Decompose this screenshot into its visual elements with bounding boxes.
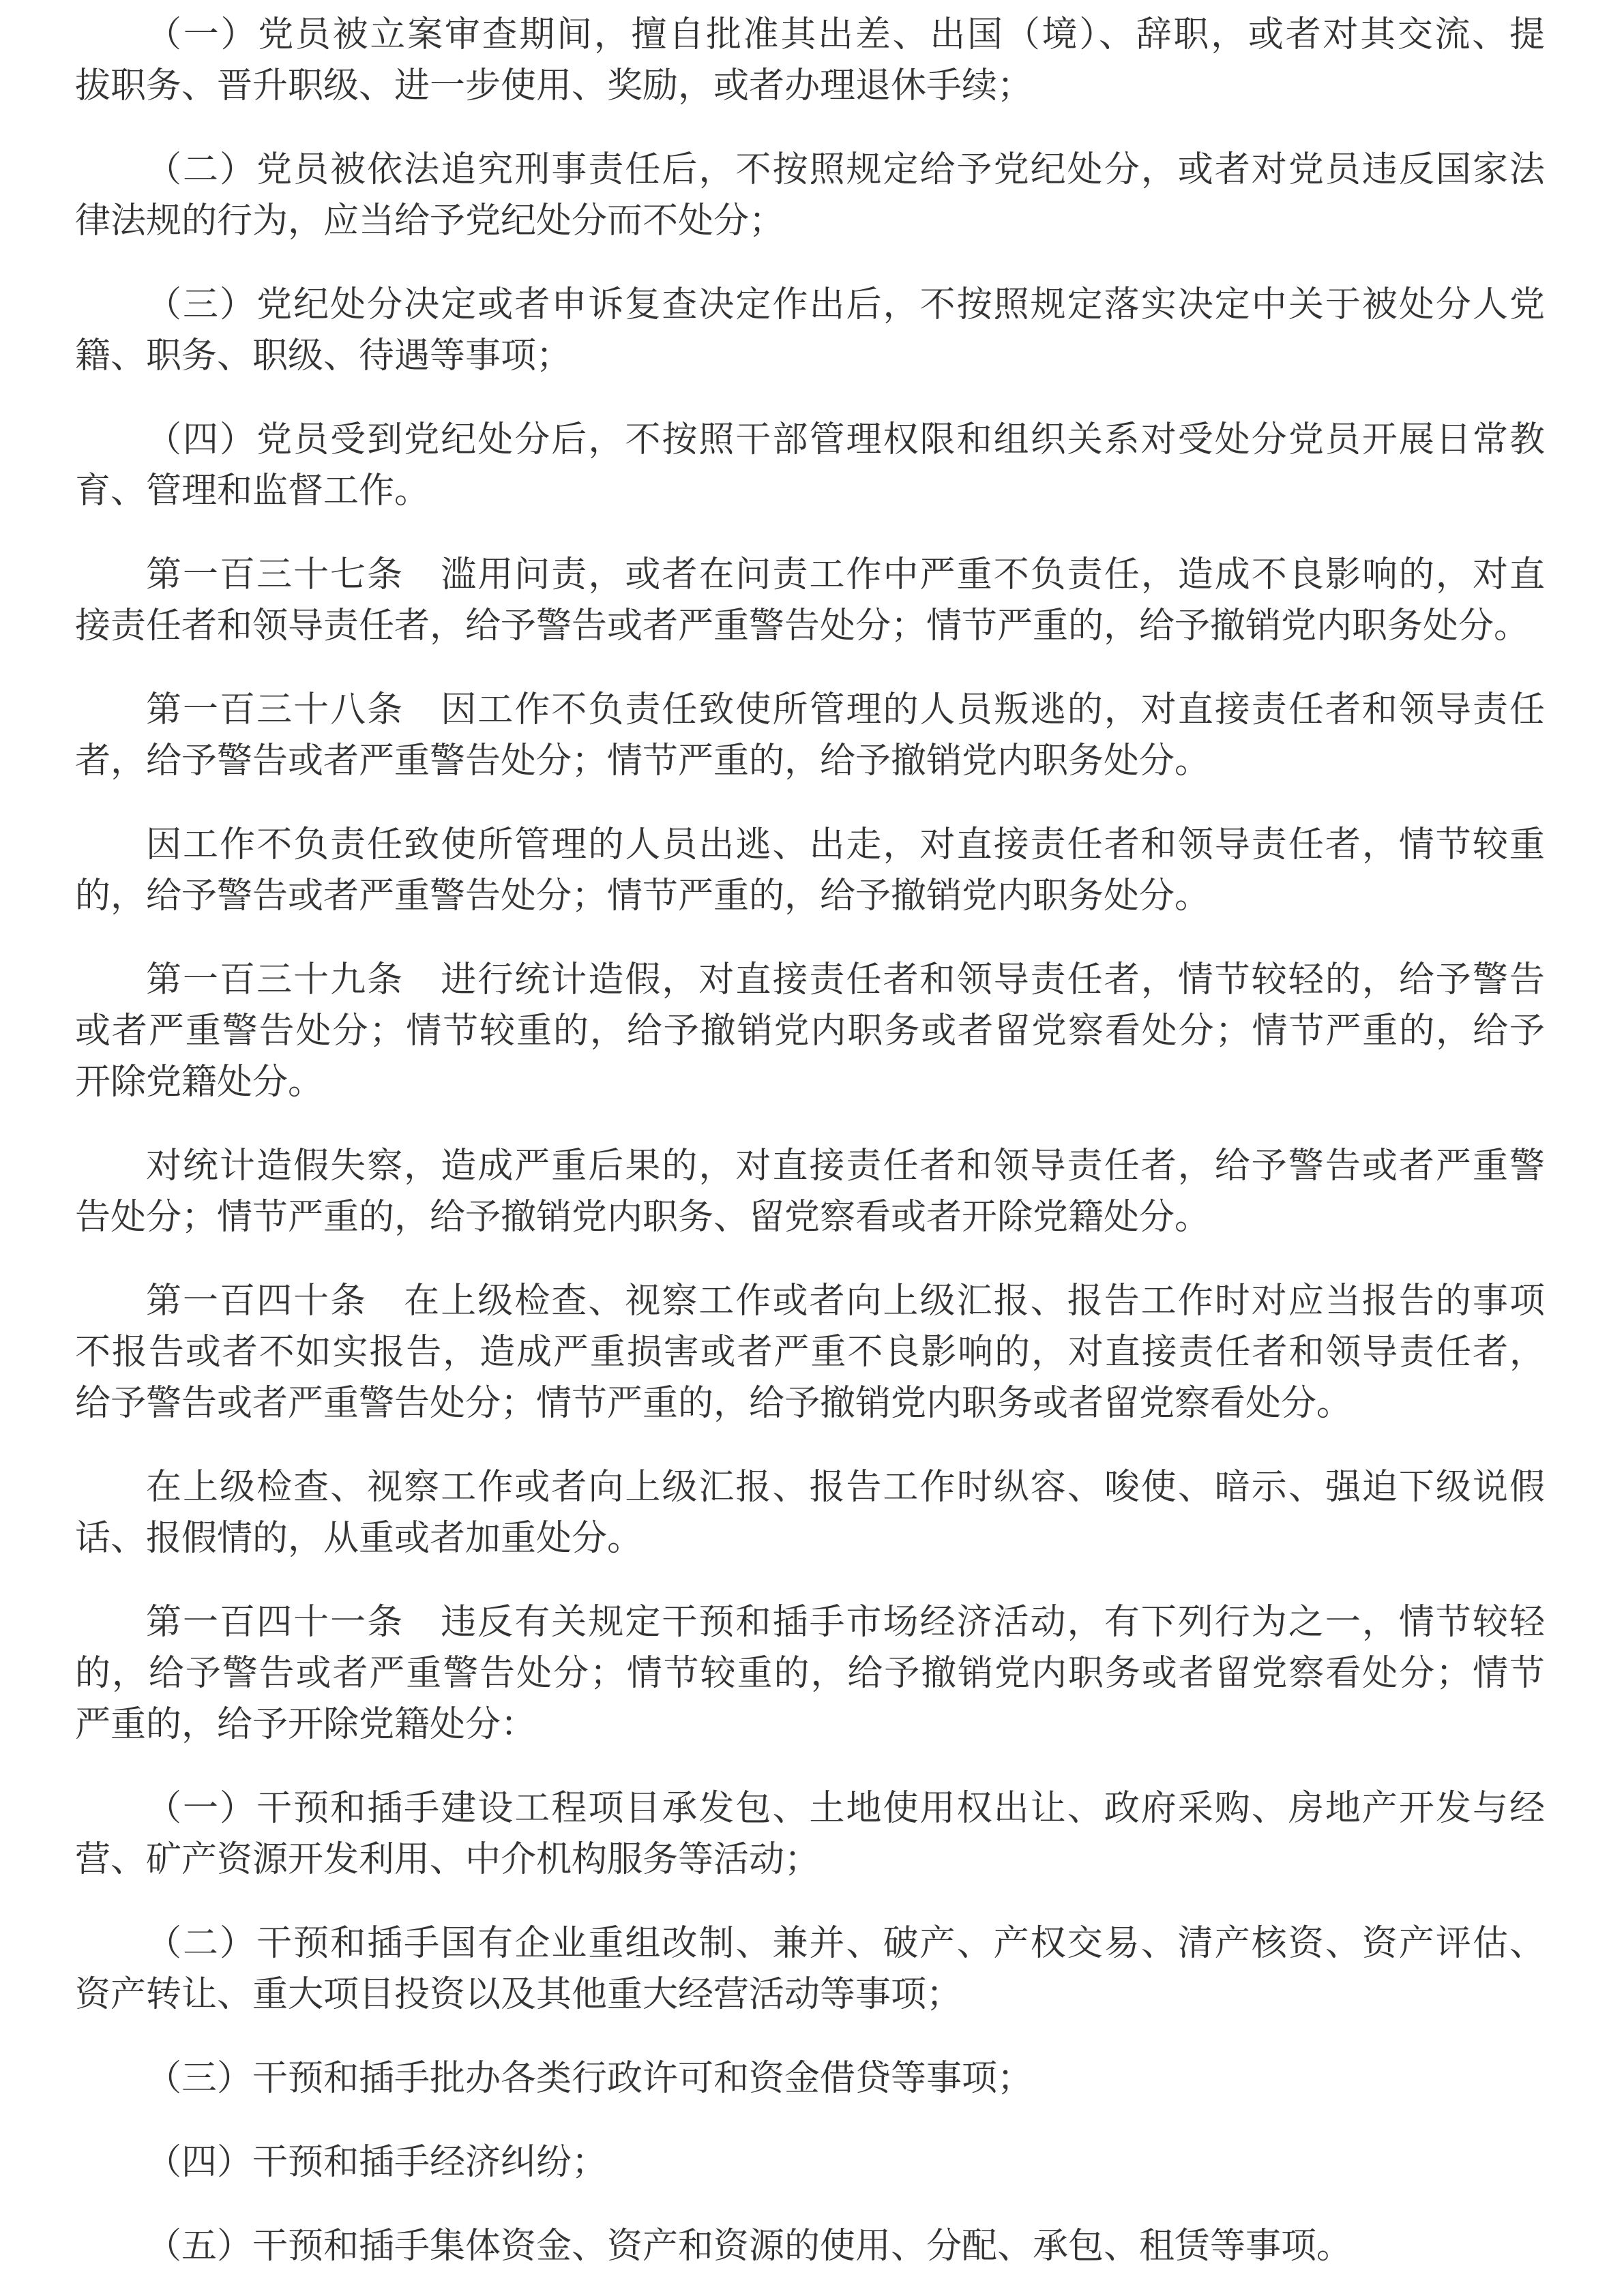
- paragraph: 在上级检查、视察工作或者向上级汇报、报告工作时纵容、唆使、暗示、强迫下级说假话、…: [75, 1462, 1545, 1564]
- text-line: 对统计造假失察，造成严重后果的，对直接责任者和领导责任者，给予警告或者严重警: [75, 1141, 1545, 1192]
- text-line: 因工作不负责任致使所管理的人员出逃、出走，对直接责任者和领导责任者，情节较重: [75, 820, 1545, 871]
- text-line: 第一百三十九条 进行统计造假，对直接责任者和领导责任者，情节较轻的，给予警告: [75, 955, 1545, 1006]
- text-line: 或者严重警告处分；情节较重的，给予撤销党内职务或者留党察看处分；情节严重的，给予: [75, 1006, 1545, 1057]
- text-line: 第一百四十一条 违反有关规定干预和插手市场经济活动，有下列行为之一，情节较轻: [75, 1597, 1545, 1648]
- paragraph: （二）党员被依法追究刑事责任后，不按照规定给予党纪处分，或者对党员违反国家法律法…: [75, 145, 1545, 247]
- paragraph: 第一百三十九条 进行统计造假，对直接责任者和领导责任者，情节较轻的，给予警告或者…: [75, 955, 1545, 1108]
- text-line: 育、管理和监督工作。: [75, 466, 1545, 517]
- paragraph: 第一百四十条 在上级检查、视察工作或者向上级汇报、报告工作时对应当报告的事项不报…: [75, 1276, 1545, 1429]
- text-line: 资产转让、重大项目投资以及其他重大经营活动等事项；: [75, 1969, 1545, 2021]
- document-body: （一）党员被立案审查期间，擅自批准其出差、出国（境）、辞职，或者对其交流、提拔职…: [75, 10, 1545, 2272]
- text-line: 律法规的行为，应当给予党纪处分而不处分；: [75, 196, 1545, 247]
- paragraph: 第一百四十一条 违反有关规定干预和插手市场经济活动，有下列行为之一，情节较轻的，…: [75, 1597, 1545, 1750]
- text-line: （一）干预和插手建设工程项目承发包、土地使用权出让、政府采购、房地产开发与经: [75, 1783, 1545, 1834]
- paragraph: （五）干预和插手集体资金、资产和资源的使用、分配、承包、租赁等事项。: [75, 2221, 1545, 2272]
- paragraph: （四）干预和插手经济纠纷；: [75, 2137, 1545, 2188]
- text-line: 营、矿产资源开发利用、中介机构服务等活动；: [75, 1834, 1545, 1885]
- text-line: 第一百四十条 在上级检查、视察工作或者向上级汇报、报告工作时对应当报告的事项: [75, 1276, 1545, 1327]
- text-line: （三）干预和插手批办各类行政许可和资金借贷等事项；: [75, 2053, 1545, 2104]
- paragraph: （三）党纪处分决定或者申诉复查决定作出后，不按照规定落实决定中关于被处分人党籍、…: [75, 280, 1545, 382]
- text-line: 在上级检查、视察工作或者向上级汇报、报告工作时纵容、唆使、暗示、强迫下级说假: [75, 1462, 1545, 1513]
- page: { "page": { "background_color": "#ffffff…: [0, 0, 1624, 2296]
- paragraph: （二）干预和插手国有企业重组改制、兼并、破产、产权交易、清产核资、资产评估、资产…: [75, 1918, 1545, 2021]
- text-line: 籍、职务、职级、待遇等事项；: [75, 331, 1545, 382]
- paragraph: （一）党员被立案审查期间，擅自批准其出差、出国（境）、辞职，或者对其交流、提拔职…: [75, 10, 1545, 112]
- text-line: 第一百三十七条 滥用问责，或者在问责工作中严重不负责任，造成不良影响的，对直: [75, 550, 1545, 601]
- paragraph: 第一百三十七条 滥用问责，或者在问责工作中严重不负责任，造成不良影响的，对直接责…: [75, 550, 1545, 652]
- text-line: 第一百三十八条 因工作不负责任致使所管理的人员叛逃的，对直接责任者和领导责任: [75, 685, 1545, 736]
- paragraph: 对统计造假失察，造成严重后果的，对直接责任者和领导责任者，给予警告或者严重警告处…: [75, 1141, 1545, 1243]
- text-line: （四）党员受到党纪处分后，不按照干部管理权限和组织关系对受处分党员开展日常教: [75, 415, 1545, 466]
- text-line: 不报告或者不如实报告，造成严重损害或者严重不良影响的，对直接责任者和领导责任者，: [75, 1327, 1545, 1378]
- document-page: （一）党员被立案审查期间，擅自批准其出差、出国（境）、辞职，或者对其交流、提拔职…: [0, 0, 1624, 2296]
- text-line: 开除党籍处分。: [75, 1057, 1545, 1108]
- paragraph: （一）干预和插手建设工程项目承发包、土地使用权出让、政府采购、房地产开发与经营、…: [75, 1783, 1545, 1885]
- paragraph: （三）干预和插手批办各类行政许可和资金借贷等事项；: [75, 2053, 1545, 2104]
- paragraph: 第一百三十八条 因工作不负责任致使所管理的人员叛逃的，对直接责任者和领导责任者，…: [75, 685, 1545, 787]
- paragraph: （四）党员受到党纪处分后，不按照干部管理权限和组织关系对受处分党员开展日常教育、…: [75, 415, 1545, 517]
- text-line: 的，给予警告或者严重警告处分；情节较重的，给予撤销党内职务或者留党察看处分；情节: [75, 1648, 1545, 1699]
- text-line: 告处分；情节严重的，给予撤销党内职务、留党察看或者开除党籍处分。: [75, 1192, 1545, 1243]
- paragraph: 因工作不负责任致使所管理的人员出逃、出走，对直接责任者和领导责任者，情节较重的，…: [75, 820, 1545, 922]
- text-line: 话、报假情的，从重或者加重处分。: [75, 1513, 1545, 1564]
- text-line: 者，给予警告或者严重警告处分；情节严重的，给予撤销党内职务处分。: [75, 736, 1545, 787]
- text-line: （一）党员被立案审查期间，擅自批准其出差、出国（境）、辞职，或者对其交流、提: [75, 10, 1545, 61]
- text-line: （二）干预和插手国有企业重组改制、兼并、破产、产权交易、清产核资、资产评估、: [75, 1918, 1545, 1969]
- text-line: （五）干预和插手集体资金、资产和资源的使用、分配、承包、租赁等事项。: [75, 2221, 1545, 2272]
- text-line: （二）党员被依法追究刑事责任后，不按照规定给予党纪处分，或者对党员违反国家法: [75, 145, 1545, 196]
- text-line: 接责任者和领导责任者，给予警告或者严重警告处分；情节严重的，给予撤销党内职务处分…: [75, 601, 1545, 652]
- text-line: 拔职务、晋升职级、进一步使用、奖励，或者办理退休手续；: [75, 61, 1545, 112]
- text-line: 给予警告或者严重警告处分；情节严重的，给予撤销党内职务或者留党察看处分。: [75, 1378, 1545, 1429]
- text-line: （四）干预和插手经济纠纷；: [75, 2137, 1545, 2188]
- text-line: （三）党纪处分决定或者申诉复查决定作出后，不按照规定落实决定中关于被处分人党: [75, 280, 1545, 331]
- text-line: 的，给予警告或者严重警告处分；情节严重的，给予撤销党内职务处分。: [75, 871, 1545, 922]
- text-line: 严重的，给予开除党籍处分：: [75, 1699, 1545, 1750]
